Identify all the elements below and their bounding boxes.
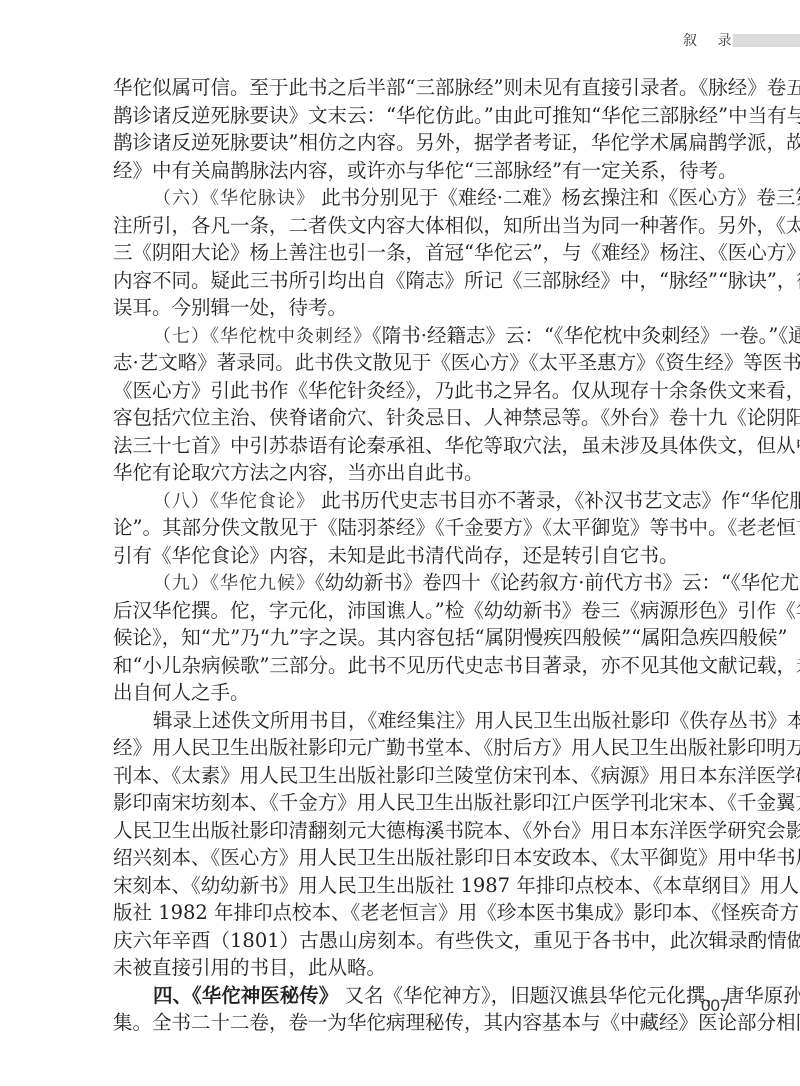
paragraph-section-four: 四、《华佗神医秘传》 又名《华佗神方》，旧题汉谯县华佗元化撰，唐华原孙思邈编 集… [113,982,721,1037]
text-line: 引有《华佗食论》内容，未知是此书清代尚存，还是转引自它书。 [113,542,721,570]
paragraph-continuation: 华佗似属可信。至于此书之后半部“三部脉经”则未见有直接引录者。《脉经》卷五《扁 … [113,74,721,184]
text-line: 《医心方》引此书作《华佗针灸经》，乃此书之异名。仅从现存十余条佚文来看，此书内 [113,377,721,405]
text-line: 误耳。今别辑一处，待考。 [113,294,721,322]
text-line: 内容不同。疑此三书所引均出自《隋志》所记《三部脉经》中，“脉经”“脉诀”，往往致 [113,267,721,295]
text-span: 此书分别见于《难经·二难》杨玄操注和《医心方》卷三第一批 [321,186,800,209]
text-line: 鹊诊诸反逆死脉要诀》文末云：“华佗仿此。”由此可推知“华佗三部脉经”中当有与“扁 [113,102,721,130]
text-line: 经》中有关扁鹊脉法内容，或许亦与华佗“三部脉经”有一定关系，待考。 [113,157,721,185]
paragraph-sources: 辑录上述佚文所用书目，《难经集注》用人民卫生出版社影印《佚存丛书》本、《脉 经》… [113,707,721,982]
text-line: 绍兴刻本、《医心方》用人民卫生出版社影印日本安政本、《太平御览》用中华书局影印 [113,844,721,872]
text-line: 集。全书二十二卷，卷一为华佗病理秘传，其内容基本与《中藏经》医论部分相同；卷 [113,1009,721,1037]
text-line: 注所引，各凡一条，二者佚文内容大体相似，知所出当为同一种著作。另外，《太素》卷 [113,212,721,240]
text-span: 又名《华佗神方》，旧题汉谯县华佗元化撰，唐华原孙思邈编 [344,984,800,1007]
text-line: （六）《华佗脉诀》 此书分别见于《难经·二难》杨玄操注和《医心方》卷三第一批 [113,184,721,212]
text-line: 四、《华佗神医秘传》 又名《华佗神方》，旧题汉谯县华佗元化撰，唐华原孙思邈编 [113,982,721,1010]
paragraph-section-7: （七）《华佗枕中灸刺经》《隋书·经籍志》云：“《华佗枕中灸刺经》一卷。”《通 志… [113,322,721,487]
text-line: 影印南宋坊刻本、《千金方》用人民卫生出版社影印江户医学刊北宋本、《千金翼方》用 [113,789,721,817]
text-line: 和“小儿杂病候歌”三部分。此书不见历代史志书目著录，亦不见其他文献记载，未知 [113,652,721,680]
text-line: 鹊诊诸反逆死脉要诀”相仿之内容。另外，据学者考证，华佗学术属扁鹊学派，故《脉 [113,129,721,157]
text-line: 后汉华佗撰。佗，字元化，沛国谯人。”检《幼幼新书》卷三《病源形色》引作《华佗九 [113,597,721,625]
text-line: 法三十七首》中引苏恭语有论秦承祖、华佗等取穴法，虽未涉及具体佚文，但从中可知 [113,432,721,460]
section-heading: （六）《华佗脉诀》 [153,188,315,209]
text-line: 庆六年辛酉（1801）古愚山房刻本。有些佚文，重见于各书中，此次辑录酌情做了选择… [113,927,721,955]
text-line: 华佗有论取穴方法之内容，当亦出自此书。 [113,459,721,487]
text-line: 志·艺文略》著录同。此书佚文散见于《医心方》《太平圣惠方》《资生经》等医书中。 [113,349,721,377]
text-line: 论”。其部分佚文散见于《陆羽茶经》《千金要方》《太平御览》等书中。《老老恒言》亦 [113,514,721,542]
section-heading: （七）《华佗枕中灸刺经》 [153,326,372,347]
section-heading-bold: 四、《华佗神医秘传》 [153,984,338,1007]
text-span: 《隋书·经籍志》云：“《华佗枕中灸刺经》一卷。”《通 [372,324,800,347]
text-line: 人民卫生出版社影印清翻刻元大德梅溪书院本、《外台》用日本东洋医学研究会影印南宋 [113,817,721,845]
text-line: 版社 1982 年排印点校本、《老老恒言》用《珍本医书集成》影印本、《怪疾奇方》… [113,899,721,927]
text-line: （八）《华佗食论》 此书历代史志书目亦不著录，《补汉书艺文志》作“华佗服食 [113,487,721,515]
text-line: 容包括穴位主治、侠脊诸俞穴、针灸忌日、人神禁忌等。《外台》卷十九《论阴阳表里灸 [113,404,721,432]
text-line: 刊本、《太素》用人民卫生出版社影印兰陵堂仿宋刊本、《病源》用日本东洋医学研究会 [113,762,721,790]
text-line: 经》用人民卫生出版社影印元广勤书堂本、《肘后方》用人民卫生出版社影印明万历二年 [113,734,721,762]
text-line: 宋刻本、《幼幼新书》用人民卫生出版社 1987 年排印点校本、《本草纲目》用人民… [113,872,721,900]
text-span: 此书历代史志书目亦不著录，《补汉书艺文志》作“华佗服食 [321,489,800,512]
text-line: （九）《华佗九候》《幼幼新书》卷四十《论药叙方·前代方书》云：“《华佗尤候》， [113,569,721,597]
section-heading: （八）《华佗食论》 [153,491,315,512]
running-head-bar [733,34,800,47]
text-line: 未被直接引用的书目，此从略。 [113,954,721,982]
text-line: 辑录上述佚文所用书目，《难经集注》用人民卫生出版社影印《佚存丛书》本、《脉 [113,707,721,735]
paragraph-section-8: （八）《华佗食论》 此书历代史志书目亦不著录，《补汉书艺文志》作“华佗服食 论”… [113,487,721,570]
page-number: 007 [701,996,729,1016]
text-line: 华佗似属可信。至于此书之后半部“三部脉经”则未见有直接引录者。《脉经》卷五《扁 [113,74,721,102]
paragraph-section-9: （九）《华佗九候》《幼幼新书》卷四十《论药叙方·前代方书》云：“《华佗尤候》， … [113,569,721,707]
text-line: 三《阴阳大论》杨上善注也引一条，首冠“华佗云”，与《难经》杨注、《医心方》所引 [113,239,721,267]
section-heading: （九）《华佗九候》 [153,573,315,594]
paragraph-section-6: （六）《华佗脉诀》 此书分别见于《难经·二难》杨玄操注和《医心方》卷三第一批 注… [113,184,721,322]
running-head-title: 叙 录 [683,30,739,50]
text-line: 出自何人之手。 [113,679,721,707]
text-line: （七）《华佗枕中灸刺经》《隋书·经籍志》云：“《华佗枕中灸刺经》一卷。”《通 [113,322,721,350]
text-span: 《幼幼新书》卷四十《论药叙方·前代方书》云：“《华佗尤候》， [315,571,800,594]
text-line: 候论》，知“尤”乃“九”字之误。其内容包括“属阴慢疾四般候”“属阳急疾四般候” [113,624,721,652]
page-body: 华佗似属可信。至于此书之后半部“三部脉经”则未见有直接引录者。《脉经》卷五《扁 … [113,74,721,1037]
